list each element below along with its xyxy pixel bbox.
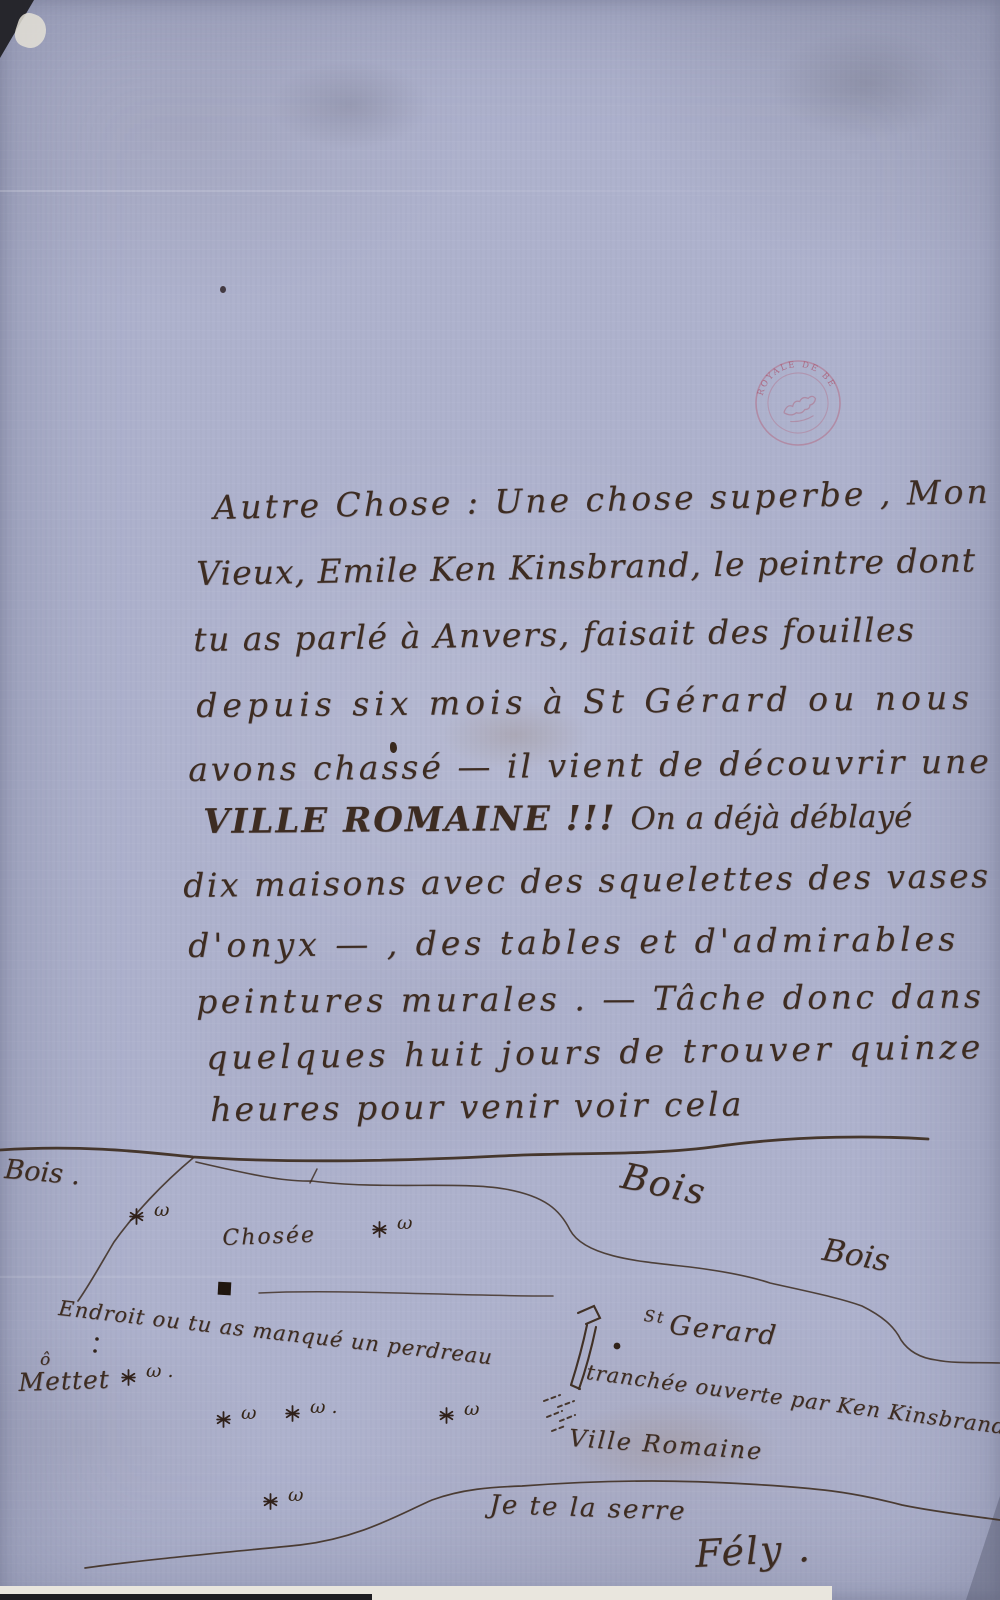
tree-icon: ω .	[284, 1402, 344, 1424]
tree-icon: ω	[262, 1490, 322, 1512]
ink-speck	[220, 286, 226, 293]
tree-icon: ω .	[120, 1366, 180, 1388]
path-line	[259, 1292, 553, 1296]
letter-line: peintures murales . — Tâche donc dans	[196, 976, 985, 1021]
tree-icon: ω	[128, 1205, 188, 1227]
st-gerard-prefix: St	[643, 1306, 666, 1327]
tree-icon: ω	[438, 1404, 498, 1426]
lion-emblem	[782, 395, 818, 417]
letter-line: depuis six mois à St Gérard ou nous	[196, 678, 974, 725]
endroit-dot	[95, 1337, 99, 1341]
signature: Fély .	[694, 1526, 813, 1576]
forest-edge-line	[78, 1158, 193, 1301]
scanned-letter-page: ROYALE DE BE Autre Chose : Une chose sup…	[0, 0, 1000, 1600]
label-mettet: Mettet	[18, 1365, 110, 1397]
letter-line-rest: On a déjà déblayé	[630, 799, 912, 837]
endroit-dot	[93, 1349, 97, 1353]
label-chaussee: Chosée	[222, 1223, 316, 1251]
tree-icon: ω	[215, 1408, 275, 1430]
square-marker	[218, 1282, 232, 1296]
site-dot	[614, 1343, 621, 1350]
label-bois-left: Bois .	[3, 1154, 81, 1191]
tree-icon: ω	[371, 1218, 431, 1240]
road-line	[0, 1137, 928, 1161]
letter-line: d'onyx — , des tables et d'admirables	[188, 919, 959, 965]
letter-line-ville-romaine: VILLE ROMAINE !!!On a déjà déblayé	[203, 796, 913, 842]
ville-romaine-emphasis: VILLE ROMAINE !!!	[203, 798, 617, 842]
